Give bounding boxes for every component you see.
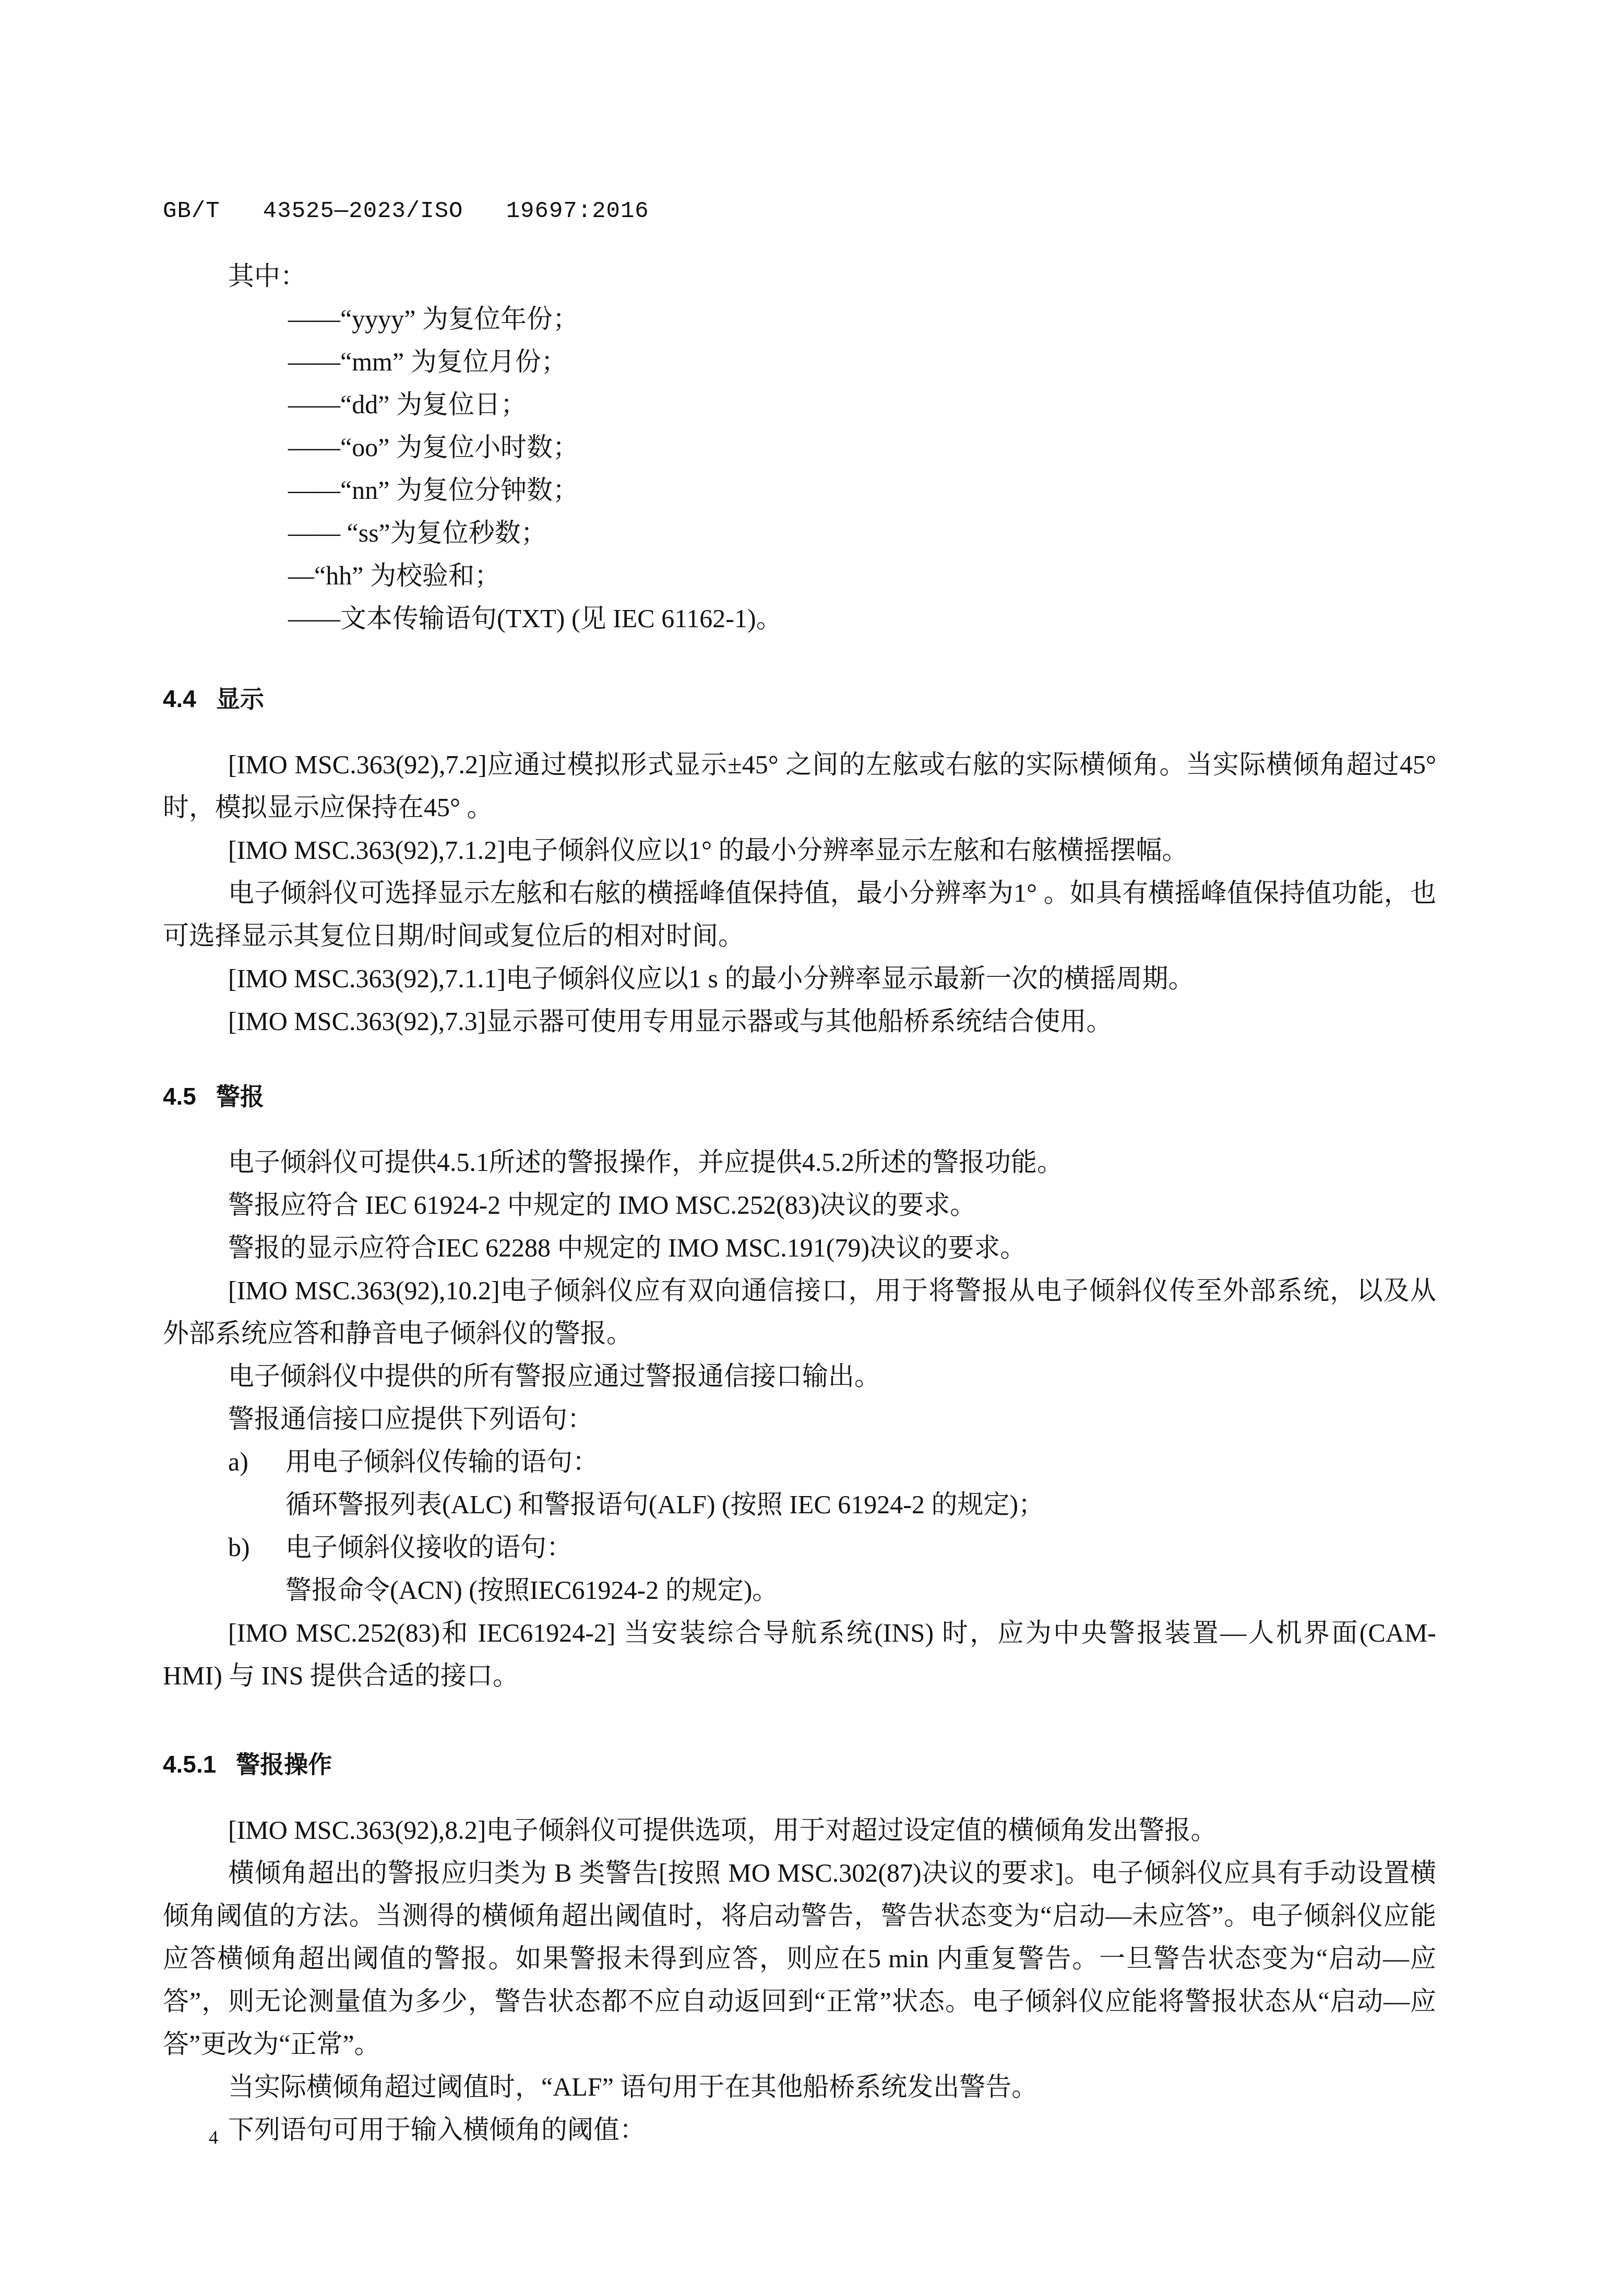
- list-item-detail: 警报命令(ACN) (按照IEC61924-2 的规定)。: [163, 1569, 1436, 1611]
- list-item-text: 用电子倾斜仪传输的语句：: [285, 1447, 599, 1476]
- field-definitions: 其中： ——“yyyy” 为复位年份； ——“mm” 为复位月份； ——“dd”…: [163, 255, 1436, 640]
- section-title: 警报操作: [236, 1751, 332, 1778]
- document-body: 其中： ——“yyyy” 为复位年份； ——“mm” 为复位月份； ——“dd”…: [163, 224, 1436, 2151]
- definition-item: ——“mm” 为复位月份；: [163, 340, 1436, 383]
- definition-item: ——“nn” 为复位分钟数；: [163, 469, 1436, 511]
- definition-item: —— “ss”为复位秒数；: [163, 511, 1436, 554]
- paragraph: 电子倾斜仪可选择显示左舷和右舷的横摇峰值保持值，最小分辨率为1° 。如具有横摇峰…: [163, 871, 1436, 957]
- paragraph: 下列语句可用于输入横倾角的阈值：: [163, 2108, 1436, 2151]
- standard-id-header: GB/T 43525—2023/ISO 19697:2016: [163, 198, 649, 224]
- section-heading-4-5: 4.5警报: [163, 1075, 1436, 1118]
- paragraph: 警报的显示应符合IEC 62288 中规定的 IMO MSC.191(79)决议…: [163, 1226, 1436, 1269]
- paragraph: [IMO MSC.363(92),7.1.1]电子倾斜仪应以1 s 的最小分辨率…: [163, 957, 1436, 1000]
- section-title: 警报: [216, 1083, 264, 1110]
- paragraph: [IMO MSC.363(92),10.2]电子倾斜仪应有双向通信接口，用于将警…: [163, 1269, 1436, 1355]
- list-item-detail: 循环警报列表(ALC) 和警报语句(ALF) (按照 IEC 61924-2 的…: [163, 1483, 1436, 1526]
- paragraph: 警报通信接口应提供下列语句：: [163, 1397, 1436, 1440]
- sentence-list: a)用电子倾斜仪传输的语句： 循环警报列表(ALC) 和警报语句(ALF) (按…: [163, 1440, 1436, 1611]
- section-number: 4.5.1: [163, 1743, 216, 1786]
- list-marker: b): [228, 1526, 285, 1569]
- section-heading-4-5-1: 4.5.1警报操作: [163, 1743, 1436, 1786]
- paragraph: 电子倾斜仪中提供的所有警报应通过警报通信接口输出。: [163, 1355, 1436, 1397]
- list-item-text: 电子倾斜仪接收的语句：: [285, 1533, 573, 1562]
- paragraph: 电子倾斜仪可提供4.5.1所述的警报操作，并应提供4.5.2所述的警报功能。: [163, 1141, 1436, 1183]
- paragraph: 警报应符合 IEC 61924-2 中规定的 IMO MSC.252(83)决议…: [163, 1183, 1436, 1226]
- paragraph: 当实际横倾角超过阈值时，“ALF” 语句用于在其他船桥系统发出警告。: [163, 2065, 1436, 2108]
- definition-item: ——“yyyy” 为复位年份；: [163, 297, 1436, 340]
- section-number: 4.4: [163, 677, 196, 720]
- paragraph: [IMO MSC.363(92),7.2]应通过模拟形式显示±45° 之间的左舷…: [163, 743, 1436, 829]
- paragraph: [IMO MSC.363(92),7.3]显示器可使用专用显示器或与其他船桥系统…: [163, 1000, 1436, 1043]
- field-definitions-label: 其中：: [163, 255, 1436, 297]
- page-number: 4: [209, 2126, 218, 2148]
- section-title: 显示: [216, 685, 264, 712]
- section-heading-4-4: 4.4显示: [163, 677, 1436, 720]
- list-item-b: b)电子倾斜仪接收的语句：: [163, 1526, 1436, 1569]
- definition-item: ——“oo” 为复位小时数；: [163, 426, 1436, 469]
- definition-item: ——文本传输语句(TXT) (见 IEC 61162-1)。: [163, 597, 1436, 640]
- list-item-a: a)用电子倾斜仪传输的语句：: [163, 1440, 1436, 1483]
- definition-item: —“hh” 为校验和；: [163, 554, 1436, 597]
- paragraph: [IMO MSC.252(83)和 IEC61924-2] 当安装综合导航系统(…: [163, 1611, 1436, 1697]
- section-number: 4.5: [163, 1075, 196, 1118]
- list-marker: a): [228, 1440, 285, 1483]
- paragraph: 横倾角超出的警报应归类为 B 类警告[按照 MO MSC.302(87)决议的要…: [163, 1851, 1436, 2065]
- paragraph: [IMO MSC.363(92),8.2]电子倾斜仪可提供选项，用于对超过设定值…: [163, 1809, 1436, 1851]
- paragraph: [IMO MSC.363(92),7.1.2]电子倾斜仪应以1° 的最小分辨率显…: [163, 829, 1436, 871]
- definition-item: ——“dd” 为复位日；: [163, 383, 1436, 426]
- document-page: GB/T 43525—2023/ISO 19697:2016 其中： ——“yy…: [0, 0, 1622, 2296]
